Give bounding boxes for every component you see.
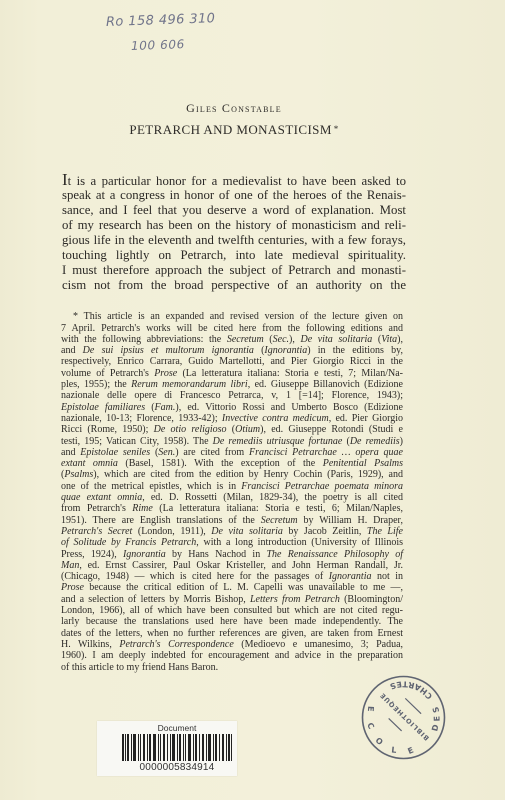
footnote-line: with the following abbreviations: the Se… [61, 334, 403, 345]
roman-text: ( [254, 345, 265, 356]
roman-text: from Petrarch's [61, 503, 132, 514]
footnote-line: ples, 1955); the Rerum memorandarum libr… [61, 379, 403, 390]
roman-text: ), [397, 334, 403, 345]
roman-text: dates of the letters, when no further re… [61, 628, 403, 639]
scanned-page: Ro 158 496 310 100 606 Giles Constable P… [0, 0, 505, 800]
roman-text: (Bloomington/ [340, 594, 403, 605]
italic-text: The Life [367, 526, 403, 537]
footnote-line: Epistolae familiares (Fam.), ed. Vittori… [61, 402, 403, 413]
roman-text: of this article to my friend Hans Baron. [61, 662, 218, 673]
footnote-line: H. Wilkins, Petrarch's Correspondence (M… [61, 639, 403, 650]
barcode-icon [122, 734, 232, 761]
italic-text: The Renaissance Philosophy of [266, 549, 403, 560]
roman-text: and [61, 345, 83, 356]
roman-text: ( [145, 402, 154, 413]
stamp-text-bibliotheque: BIBLIOTHEQUE [378, 691, 431, 742]
roman-text: by Jacob Zeitlin, [283, 526, 367, 537]
footnote-line: Man, ed. Ernst Cassirer, Paul Oskar Kris… [61, 560, 403, 571]
roman-text: , ed. D. Rossetti (Milan, 1829-34), the … [142, 492, 403, 503]
roman-text: ples, 1955); the [61, 379, 131, 390]
italic-text: Psalms [64, 469, 93, 480]
barcode-header: Document [122, 723, 232, 733]
footnote-line: and a selection of letters by Morris Bis… [61, 594, 403, 605]
roman-text: larly because the translations used here… [61, 616, 403, 627]
roman-text: nazionale, 10-13; Florence, 1933-42); [61, 413, 222, 424]
footnote-marker: * [334, 124, 339, 134]
footnote-line: London, 1966), all of which have been co… [61, 605, 403, 616]
roman-text: ( [372, 334, 381, 345]
roman-text: ), ed. Vittorio Rossi and Umberto Bosco … [175, 402, 403, 413]
roman-text: , ed. Ernst Cassirer, Paul Oskar Kristel… [79, 560, 403, 571]
footnote-line: quae extant omnia, ed. D. Rossetti (Mila… [61, 492, 403, 503]
author-name: Giles Constable [62, 101, 406, 115]
body-line: It is a particular honor for a medievali… [62, 174, 406, 189]
italic-text: Otium [235, 424, 260, 435]
body-line: cism not from the broad perspective of a… [62, 278, 406, 293]
italic-text: Francisci Petrarchae poemata minora [241, 481, 403, 492]
footnote-line: nazionale, 10-13; Florence, 1933-42); In… [61, 413, 403, 424]
handwritten-shelfmark: Ro 158 496 310 [106, 11, 216, 30]
italic-text: De remediis utriusque fortunae [213, 436, 343, 447]
barcode-number: 0000005834914 [122, 762, 232, 773]
roman-text: and [61, 447, 80, 458]
roman-text: London, 1966), all of which have been co… [61, 605, 403, 616]
stamp-dash [389, 718, 402, 731]
body-line: I must therefore approach the subject of… [62, 263, 406, 278]
italic-text: Rerum memorandarum libri [131, 379, 248, 390]
footnote-line: (Psalms), which are cited from the editi… [61, 469, 403, 480]
footnote-line: Prose because the critical edition of L.… [61, 582, 403, 593]
roman-text: ( [227, 424, 236, 435]
footnote-line: 7 April. Petrarch's works will be cited … [61, 323, 403, 334]
roman-text: by Hans Nachod in [166, 549, 267, 560]
roman-text: ) [400, 436, 403, 447]
roman-text: with the following abbreviations: the [61, 334, 227, 345]
italic-text: De vita solitaria [211, 526, 283, 537]
roman-text: ( [342, 436, 349, 447]
footnote-line: larly because the translations used here… [61, 616, 403, 627]
handwritten-number: 100 606 [131, 37, 185, 53]
body-paragraph: It is a particular honor for a medievali… [62, 174, 406, 293]
roman-text: by William H. Draper, [298, 515, 403, 526]
roman-text: sance, and I feel that you deserve a wor… [62, 203, 406, 217]
roman-text: not in [371, 571, 403, 582]
roman-text: touching lightly on Petrarch, into late … [62, 248, 406, 262]
roman-text: cism not from the broad perspective of a… [62, 278, 406, 292]
roman-text: Ricci (Rome, 1950); [61, 424, 154, 435]
roman-text: 7 April. Petrarch's works will be cited … [61, 323, 403, 334]
roman-text: testi, 195; Vatican City, 1958). The [61, 436, 213, 447]
body-line: gious life in the eleventh and twelfth c… [62, 233, 406, 248]
footnote-line: nazionale delle opere di Francesco Petra… [61, 390, 403, 401]
roman-text: volume of Petrarch's [61, 368, 154, 379]
footnote-line: from Petrarch's Rime (La letteratura ita… [61, 503, 403, 514]
footnote: * This article is an expanded and revise… [61, 311, 403, 673]
italic-text: Francisci Petrarchae … opera quae [249, 447, 403, 458]
roman-text: I must therefore approach the subject of… [62, 263, 406, 277]
footnote-line: Press, 1924), Ignorantia by Hans Nachod … [61, 549, 403, 560]
roman-text: gious life in the eleventh and twelfth c… [62, 233, 406, 247]
roman-text: ) are cited from [175, 447, 249, 458]
italic-text: Invective contra medicum [222, 413, 329, 424]
roman-text: (Medioevo e umanesimo, 3; Padua, [234, 639, 403, 650]
italic-text: Rime [132, 503, 153, 514]
roman-text: (La letteratura italiana: Storia e testi… [153, 503, 403, 514]
italic-text: Man [61, 560, 79, 571]
italic-text: Epistolae seniles [80, 447, 150, 458]
article-title: PETRARCH AND MONASTICISM* [62, 121, 406, 137]
roman-text: ), which are cited from the edition by H… [93, 469, 403, 480]
roman-text: and a selection of letters by Morris Bis… [61, 594, 250, 605]
footnote-line: Ricci (Rome, 1950); De otio religioso (O… [61, 424, 403, 435]
italic-text: Prose [61, 582, 84, 593]
roman-text: (London, 1911), [132, 526, 211, 537]
roman-text: because the critical edition of L. M. Ca… [84, 582, 403, 593]
body-line: of my research has been on the history o… [62, 218, 406, 233]
roman-text: 1951). There are English translations of… [61, 515, 261, 526]
italic-text: Ignorantia [123, 549, 166, 560]
footnote-line: 1951). There are English translations of… [61, 515, 403, 526]
italic-text: Sen. [158, 447, 175, 458]
roman-text: speak at a congress in honor of one of t… [62, 188, 406, 202]
italic-text: Sec. [273, 334, 289, 345]
italic-text: Petrarch's Correspondence [119, 639, 233, 650]
italic-text: De otio religioso [154, 424, 227, 435]
roman-text: nazionale delle opere di Francesco Petra… [61, 390, 403, 401]
roman-text: (Chicago, 1948) — which is cited here fo… [61, 571, 329, 582]
italic-text: Vita [381, 334, 397, 345]
footnote-line: testi, 195; Vatican City, 1958). The De … [61, 436, 403, 447]
library-stamp: ECOLE DES CHARTES BIBLIOTHEQUE [359, 673, 449, 763]
footnote-line: Petrarch's Secret (London, 1911), De vit… [61, 526, 403, 537]
italic-text: Epistolae familiares [61, 402, 145, 413]
stamp-dash [405, 698, 421, 713]
footnote-line: dates of the letters, when no further re… [61, 628, 403, 639]
italic-text: Secretum [227, 334, 264, 345]
body-line: touching lightly on Petrarch, into late … [62, 248, 406, 263]
italic-text: of Solitude by Francis Petrarch [61, 537, 196, 548]
italic-text: Secretum [261, 515, 298, 526]
roman-text: t is a particular honor for a medievalis… [68, 174, 406, 188]
footnote-line: (Chicago, 1948) — which is cited here fo… [61, 571, 403, 582]
footnote-line: of this article to my friend Hans Baron. [61, 662, 403, 673]
article-title-text: PETRARCH AND MONASTICISM [129, 122, 331, 137]
roman-text: * This article is an expanded and revise… [73, 311, 403, 322]
roman-text: respectively, Enrico Carrara, Guido Mart… [61, 356, 403, 367]
barcode-label: Document 0 [97, 721, 237, 776]
footnote-line: one of the metrical epistles, which is i… [61, 481, 403, 492]
roman-text: 1960). I am deeply indebted for encourag… [61, 650, 403, 661]
roman-text: , with a long introduction (University o… [196, 537, 403, 548]
italic-text: Ignorantia [264, 345, 307, 356]
roman-text: ( [264, 334, 273, 345]
roman-text: ) in the editions by, [307, 345, 403, 356]
body-line: speak at a congress in honor of one of t… [62, 188, 406, 203]
footnote-line: and De sui ipsius et multorum ignorantia… [61, 345, 403, 356]
roman-text: ), [289, 334, 300, 345]
italic-text: Prose [154, 368, 177, 379]
italic-text: De sui ipsius et multorum ignorantia [83, 345, 254, 356]
roman-text: of my research has been on the history o… [62, 218, 406, 232]
italic-text: Ignorantia [329, 571, 372, 582]
footnote-line: * This article is an expanded and revise… [61, 311, 403, 322]
footnote-line: extant omnia (Basel, 1581). With the exc… [61, 458, 403, 469]
roman-text: H. Wilkins, [61, 639, 119, 650]
footnote-line: of Solitude by Francis Petrarch, with a … [61, 537, 403, 548]
italic-text: Penitential Psalms [323, 458, 403, 469]
body-line: sance, and I feel that you deserve a wor… [62, 203, 406, 218]
italic-text: quae extant omnia [61, 492, 142, 503]
italic-text: De remediis [350, 436, 400, 447]
footnote-line: 1960). I am deeply indebted for encourag… [61, 650, 403, 661]
roman-text: Press, 1924), [61, 549, 123, 560]
roman-text: ), ed. Giuseppe Rotondi (Studi e [260, 424, 403, 435]
footnote-line: and Epistolae seniles (Sen.) are cited f… [61, 447, 403, 458]
footnote-line: respectively, Enrico Carrara, Guido Mart… [61, 356, 403, 367]
italic-text: Fam. [155, 402, 176, 413]
italic-text: Petrarch's Secret [61, 526, 132, 537]
roman-text: (La letteratura italiana: Storia e testi… [177, 368, 403, 379]
roman-text: (Basel, 1581). With the exception of the [118, 458, 323, 469]
roman-text: one of the metrical epistles, which is i… [61, 481, 241, 492]
roman-text: , ed. Giuseppe Billanovich (Edizione [248, 379, 403, 390]
footnote-line: volume of Petrarch's Prose (La letteratu… [61, 368, 403, 379]
roman-text: , ed. Pier Giorgio [329, 413, 403, 424]
italic-text: Letters from Petrarch [250, 594, 340, 605]
italic-text: De vita solitaria [300, 334, 372, 345]
italic-text: extant omnia [61, 458, 118, 469]
